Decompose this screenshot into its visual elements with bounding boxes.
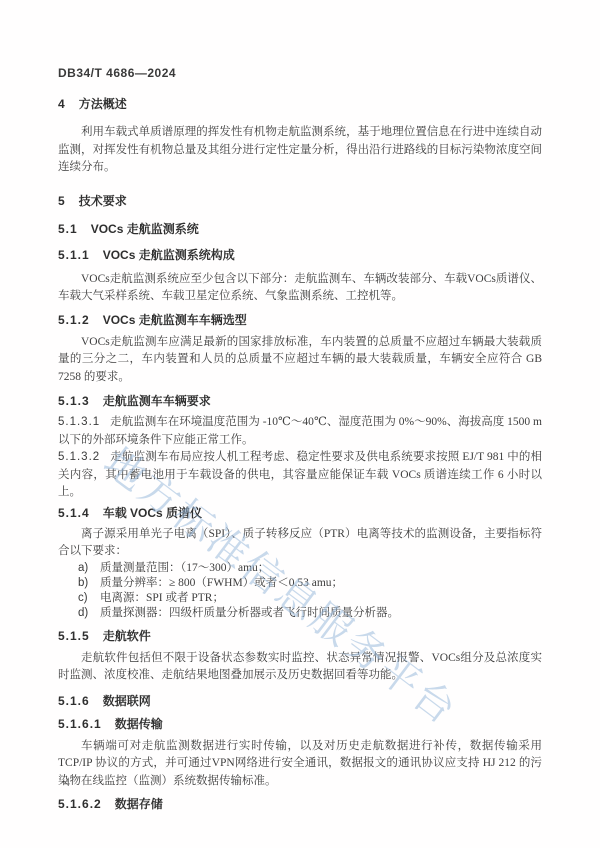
heading-5-1-2: 5.1.2VOCs 走航监测车车辆选型: [58, 312, 542, 328]
list-item-text: 质量探测器：四级杆质量分析器或者飞行时间质量分析器。: [100, 606, 399, 621]
paragraph-5-1-6-1: 车辆端可对走航监测数据进行实时传输，以及对历史走航数据进行补传，数据传输采用 T…: [58, 738, 542, 791]
heading-5-1-6-2: 5.1.6.2数据存储: [58, 796, 542, 812]
list-item: a)质量测量范围：（17～300）amu；: [58, 561, 542, 576]
clause-title: 车载 VOCs 质谱仪: [103, 506, 202, 520]
clause-title: 走航监测车车辆要求: [103, 394, 211, 408]
clause-text: 走航监测车在环境温度范围为 -10℃～40℃、湿度范围为 0%～90%、海拔高度…: [58, 416, 542, 446]
list-item-label: c): [78, 591, 100, 606]
clause-title: 技术要求: [79, 194, 127, 208]
list-item: b)质量分辨率：≥ 800（FWHM）或者＜0.53 amu；: [58, 576, 542, 591]
list-item: d)质量探测器：四级杆质量分析器或者飞行时间质量分析器。: [58, 606, 542, 621]
heading-5-1: 5.1VOCs 走航监测系统: [58, 221, 542, 237]
heading-5: 5技术要求: [58, 193, 542, 209]
clause-number: 5.1.4: [58, 505, 90, 521]
document-page: 地方标准信息服务平台 DB34/T 4686—2024 4方法概述 利用车载式单…: [0, 0, 600, 848]
clause-number: 5.1.3.1: [58, 416, 100, 428]
clause-title: VOCs 走航监测车车辆选型: [103, 313, 247, 327]
clause-title: 走航软件: [103, 629, 151, 643]
clause-number: 5.1.6.1: [58, 716, 102, 732]
heading-5-1-1: 5.1.1VOCs 走航监测系统构成: [58, 247, 542, 263]
spec-list: a)质量测量范围：（17～300）amu； b)质量分辨率：≥ 800（FWHM…: [58, 561, 542, 621]
list-item-text: 质量测量范围：（17～300）amu；: [100, 561, 269, 576]
paragraph-5-1-1: VOCs走航监测系统应至少包含以下部分：走航监测车、车辆改装部分、车载VOCs质…: [58, 271, 542, 306]
doc-code-header: DB34/T 4686—2024: [58, 66, 542, 80]
heading-4: 4方法概述: [58, 96, 542, 112]
clause-number: 5.1.3: [58, 393, 90, 409]
heading-5-1-3: 5.1.3走航监测车车辆要求: [58, 393, 542, 409]
clause-number: 5.1.6.2: [58, 796, 102, 812]
clause-title: VOCs 走航监测系统构成: [103, 248, 235, 262]
clause-title: 数据传输: [115, 717, 163, 731]
paragraph-5-1-5: 走航软件包括但不限于设备状态参数实时监控、状态异常情况报警、VOCs组分及总浓度…: [58, 650, 542, 685]
heading-5-1-5: 5.1.5走航软件: [58, 628, 542, 644]
list-item-text: 电离源：SPI 或者 PTR；: [100, 591, 224, 606]
paragraph-4: 利用车载式单质谱原理的挥发性有机物走航监测系统，基于地理位置信息在行进中连续自动…: [58, 124, 542, 177]
clause-number: 4: [58, 96, 66, 112]
clause-number: 5: [58, 193, 66, 209]
list-item-text: 质量分辨率：≥ 800（FWHM）或者＜0.53 amu；: [100, 576, 343, 591]
clause-number: 5.1.5: [58, 628, 90, 644]
paragraph-5-1-3-1: 5.1.3.1走航监测车在环境温度范围为 -10℃～40℃、湿度范围为 0%～9…: [58, 414, 542, 449]
clause-title: VOCs 走航监测系统: [91, 222, 199, 236]
heading-5-1-6: 5.1.6数据联网: [58, 693, 542, 709]
list-item-label: b): [78, 576, 100, 591]
paragraph-5-1-3-2: 5.1.3.2走航监测车布局应按人机工程考虑、稳定性要求及供电系统要求按照 EJ…: [58, 449, 542, 502]
clause-number: 5.1: [58, 221, 78, 237]
clause-title: 数据存储: [115, 797, 163, 811]
clause-number: 5.1.2: [58, 312, 90, 328]
clause-number: 5.1.1: [58, 247, 90, 263]
page-number: 4: [64, 777, 70, 789]
list-item-label: a): [78, 561, 100, 576]
heading-5-1-6-1: 5.1.6.1数据传输: [58, 716, 542, 732]
paragraph-5-1-4: 离子源采用单光子电离（SPI）、质子转移反应（PTR）电离等技术的监测设备，主要…: [58, 526, 542, 561]
clause-title: 数据联网: [103, 694, 151, 708]
clause-text: 走航监测车布局应按人机工程考虑、稳定性要求及供电系统要求按照 EJ/T 981 …: [58, 451, 542, 498]
clause-number: 5.1.3.2: [58, 451, 100, 463]
list-item: c)电离源：SPI 或者 PTR；: [58, 591, 542, 606]
heading-5-1-4: 5.1.4车载 VOCs 质谱仪: [58, 505, 542, 521]
clause-title: 方法概述: [79, 97, 127, 111]
paragraph-5-1-2: VOCs走航监测车应满足最新的国家排放标准，车内装置的总质量不应超过车辆最大装载…: [58, 334, 542, 387]
list-item-label: d): [78, 606, 100, 621]
clause-number: 5.1.6: [58, 693, 90, 709]
